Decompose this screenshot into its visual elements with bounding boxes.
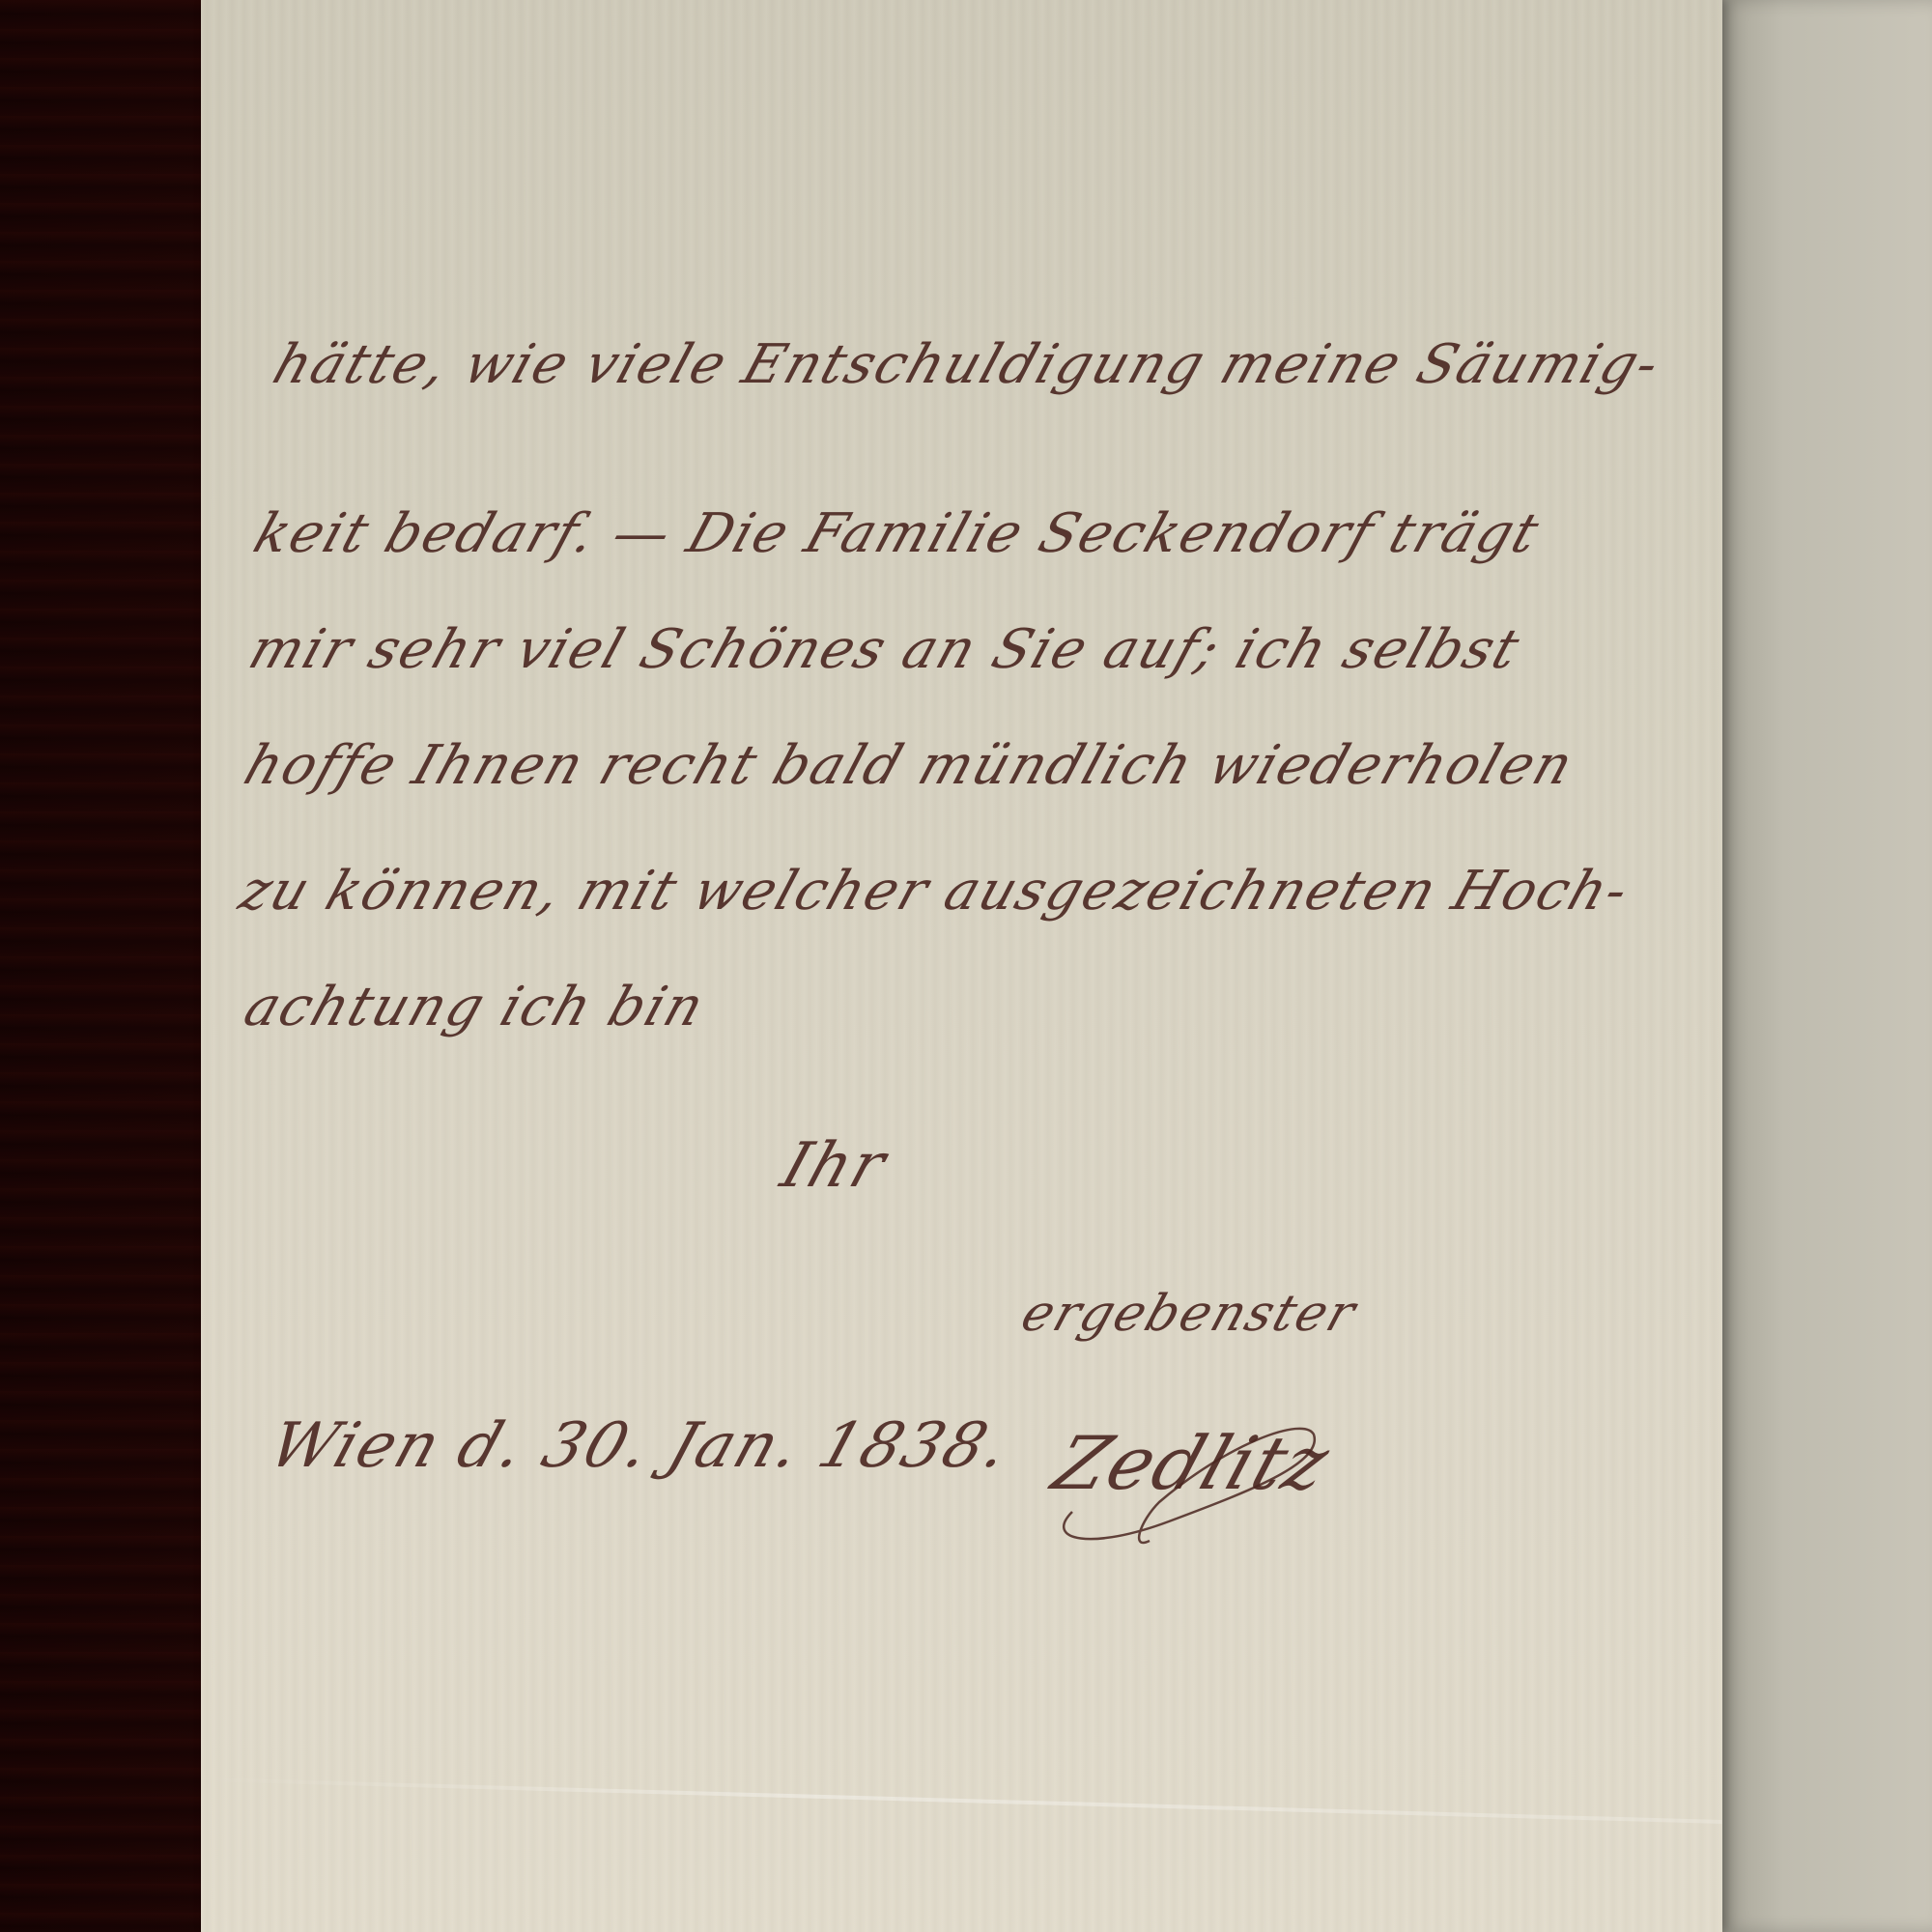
- letter-line-6: achtung ich bin: [237, 976, 713, 1038]
- letter-page: [201, 0, 1722, 1932]
- wooden-table-background: [0, 0, 201, 1932]
- letter-line-4: hoffe Ihnen recht bald mündlich wiederho…: [237, 734, 1582, 797]
- photo-scene: hätte, wie viele Entschuldigung meine Sä…: [0, 0, 1932, 1932]
- signature: Zedlitz: [1043, 1420, 1342, 1506]
- letter-line-1: hätte, wie viele Entschuldigung meine Sä…: [266, 333, 1668, 396]
- back-sheet-edge: [1719, 0, 1932, 1932]
- place-and-date: Wien d. 30. Jan. 1838.: [261, 1410, 1019, 1482]
- letter-line-5: zu können, mit welcher ausgezeichneten H…: [232, 860, 1637, 923]
- closing-valediction: ergebenster: [1014, 1285, 1364, 1343]
- letter-line-3: mir sehr viel Schönes an Sie auf; ich se…: [241, 618, 1528, 681]
- letter-line-2: keit bedarf. — Die Familie Seckendorf tr…: [246, 502, 1548, 565]
